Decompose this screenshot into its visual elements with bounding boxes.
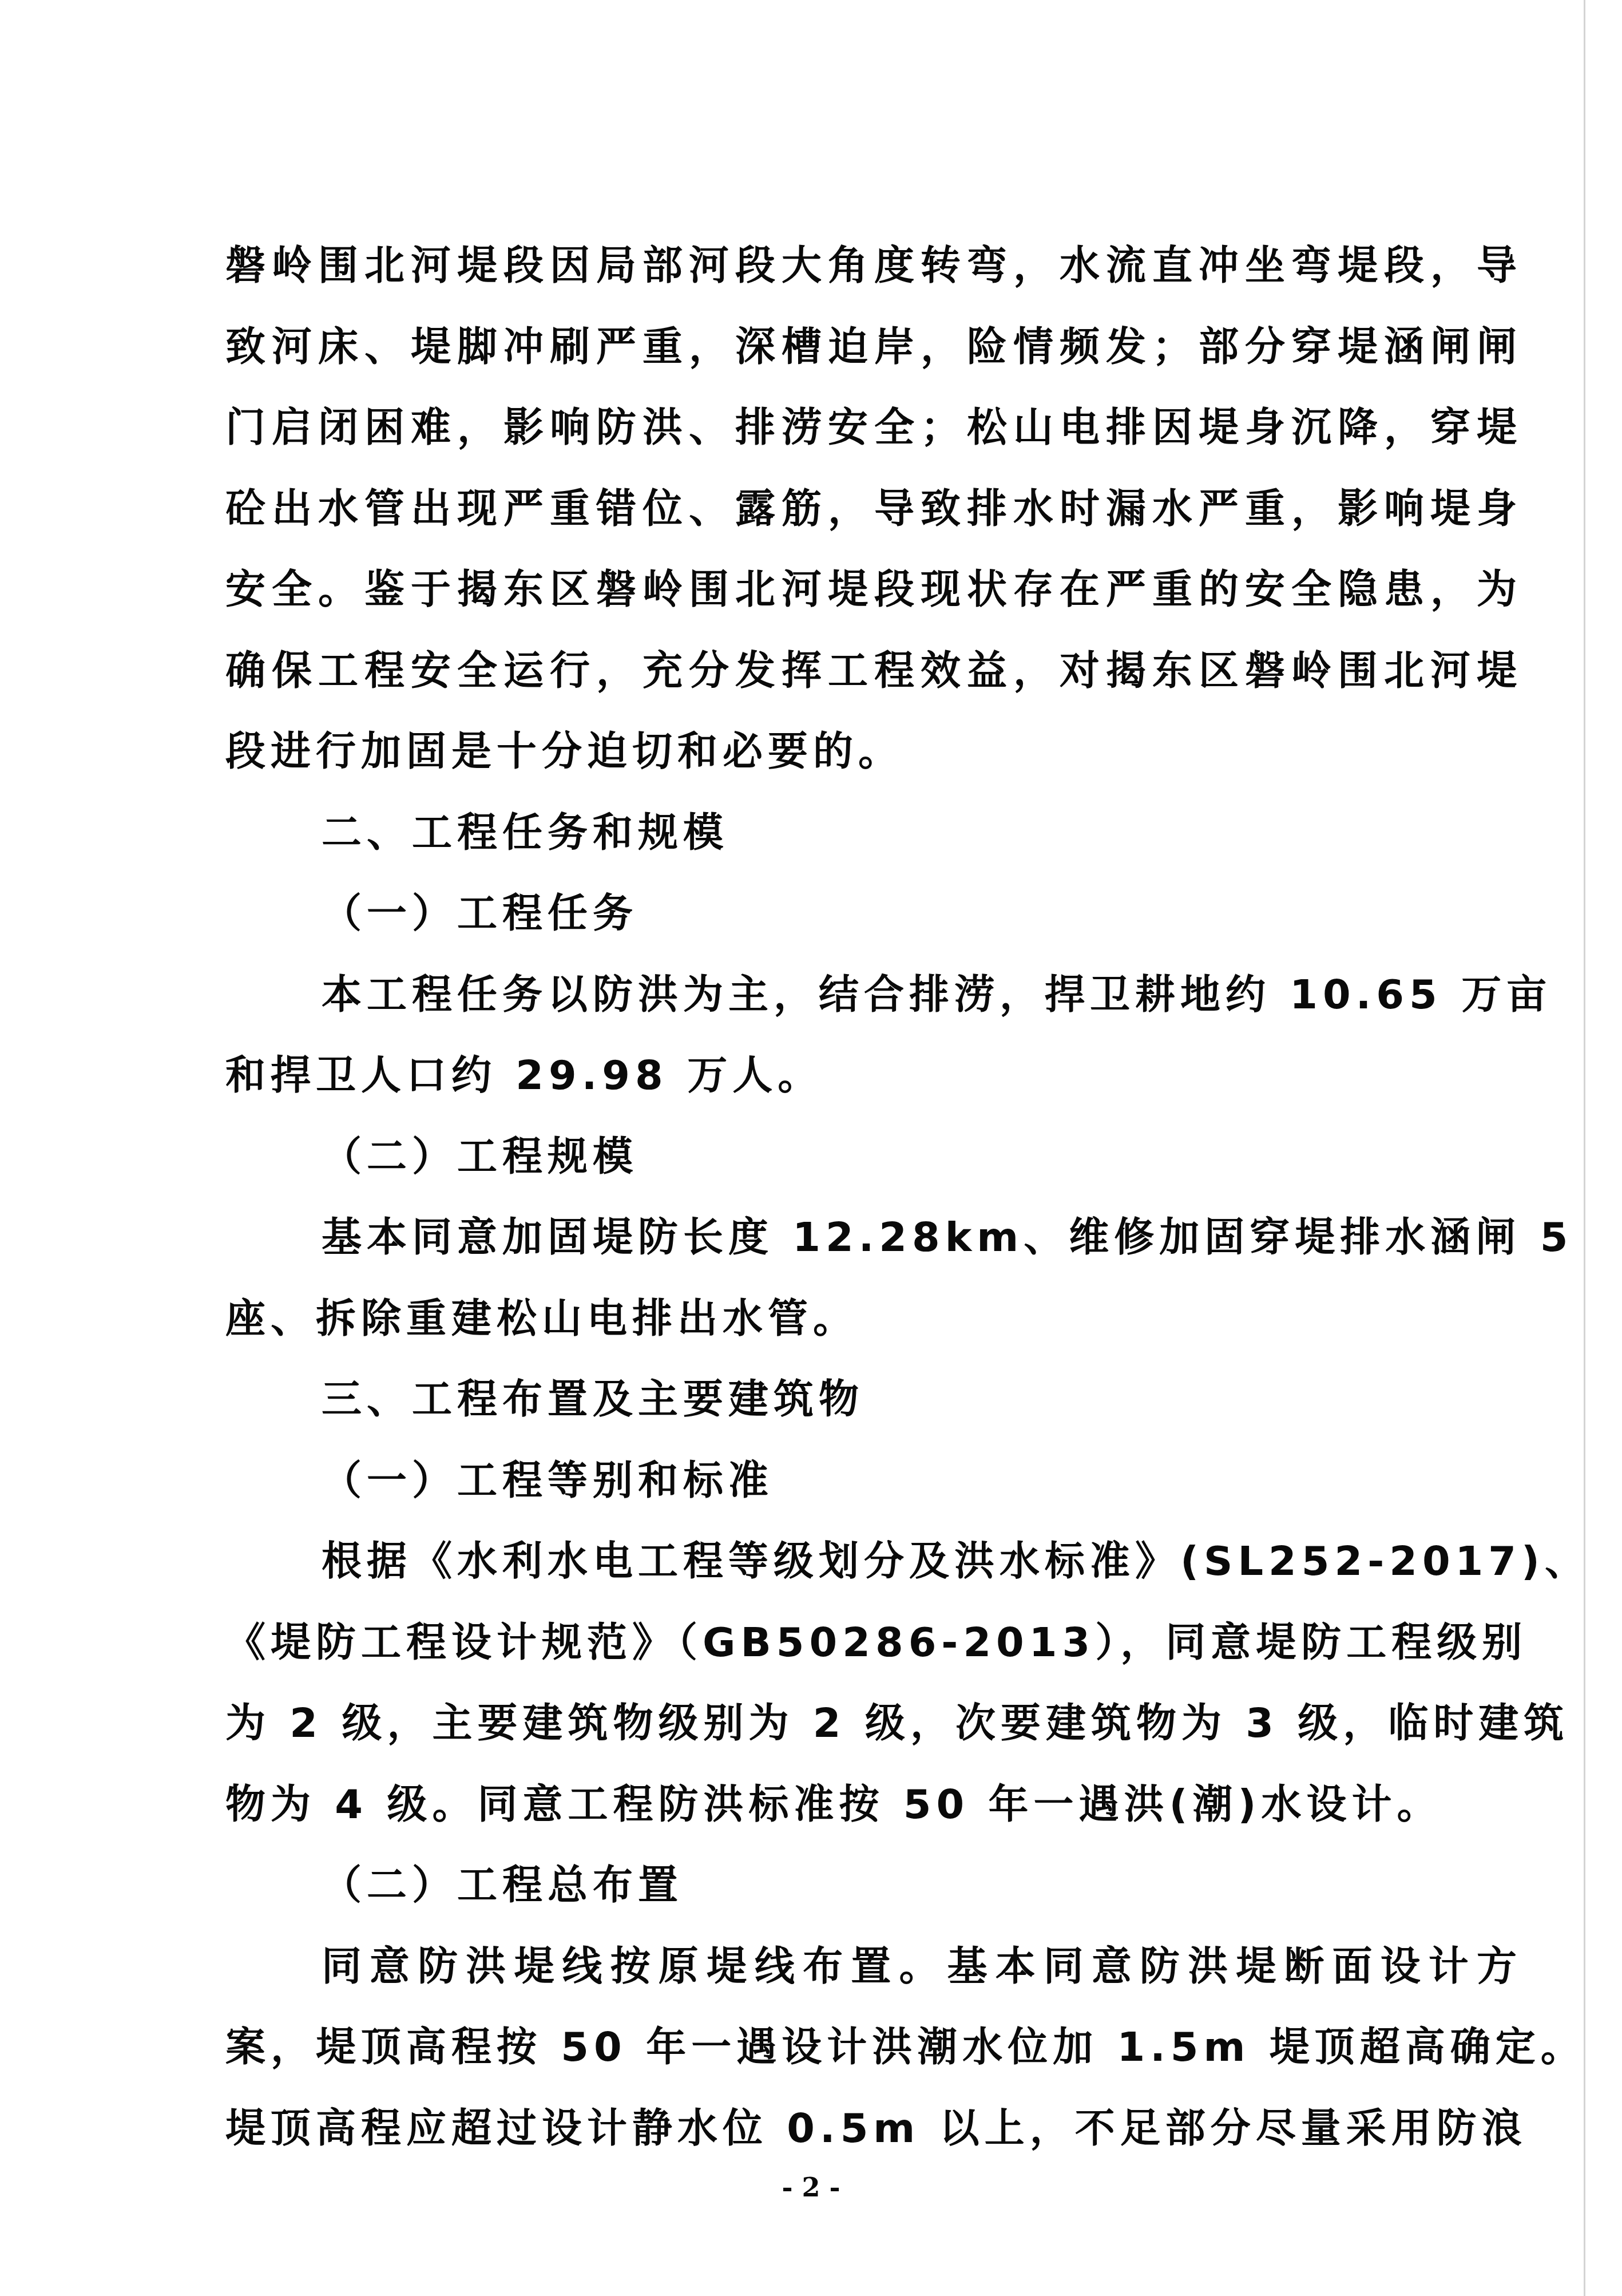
body-line: 同意防洪堤线按原堤线布置。基本同意防洪堤断面设计方 (225, 1926, 1522, 2008)
subsection-heading: （二）工程规模 (225, 1117, 1522, 1198)
body-line: 基本同意加固堤防长度 12.28km、维修加固穿堤排水涵闸 5 (225, 1197, 1522, 1278)
subsection-heading: （一）工程等别和标准 (225, 1440, 1522, 1522)
body-line: 《堤防工程设计规范》（GB50286-2013），同意堤防工程级别 (225, 1602, 1522, 1684)
body-line: 磐岭围北河堤段因局部河段大角度转弯，水流直冲坐弯堤段，导 (225, 225, 1522, 307)
page-edge-divider (1584, 0, 1585, 2296)
body-line: 为 2 级，主要建筑物级别为 2 级，次要建筑物为 3 级，临时建筑 (225, 1683, 1522, 1764)
document-page: 磐岭围北河堤段因局部河段大角度转弯，水流直冲坐弯堤段，导 致河床、堤脚冲刷严重，… (0, 0, 1622, 2296)
body-line: 确保工程安全运行，充分发挥工程效益，对揭东区磐岭围北河堤 (225, 631, 1522, 712)
document-body: 磐岭围北河堤段因局部河段大角度转弯，水流直冲坐弯堤段，导 致河床、堤脚冲刷严重，… (225, 225, 1522, 2169)
subsection-heading: （一）工程任务 (225, 873, 1522, 955)
body-line: 致河床、堤脚冲刷严重，深槽迫岸，险情频发；部分穿堤涵闸闸 (225, 307, 1522, 388)
section-heading: 二、工程任务和规模 (225, 793, 1522, 874)
body-line: 砼出水管出现严重错位、露筋，导致排水时漏水严重，影响堤身 (225, 469, 1522, 550)
body-line: 根据《水利水电工程等级划分及洪水标准》(SL252-2017)、 (225, 1521, 1522, 1602)
body-line: 案，堤顶高程按 50 年一遇设计洪潮水位加 1.5m 堤顶超高确定。 (225, 2007, 1522, 2088)
page-number: - 2 - (0, 2172, 1622, 2203)
body-line: 本工程任务以防洪为主，结合排涝，捍卫耕地约 10.65 万亩 (225, 955, 1522, 1036)
section-heading: 三、工程布置及主要建筑物 (225, 1359, 1522, 1440)
body-line: 和捍卫人口约 29.98 万人。 (225, 1035, 1522, 1117)
body-line: 物为 4 级。同意工程防洪标准按 50 年一遇洪(潮)水设计。 (225, 1764, 1522, 1846)
body-line: 门启闭困难，影响防洪、排涝安全；松山电排因堤身沉降，穿堤 (225, 387, 1522, 469)
body-line: 安全。鉴于揭东区磐岭围北河堤段现状存在严重的安全隐患，为 (225, 549, 1522, 631)
body-line: 堤顶高程应超过设计静水位 0.5m 以上，不足部分尽量采用防浪 (225, 2088, 1522, 2170)
subsection-heading: （二）工程总布置 (225, 1845, 1522, 1926)
body-line: 段进行加固是十分迫切和必要的。 (225, 711, 1522, 793)
body-line: 座、拆除重建松山电排出水管。 (225, 1278, 1522, 1360)
